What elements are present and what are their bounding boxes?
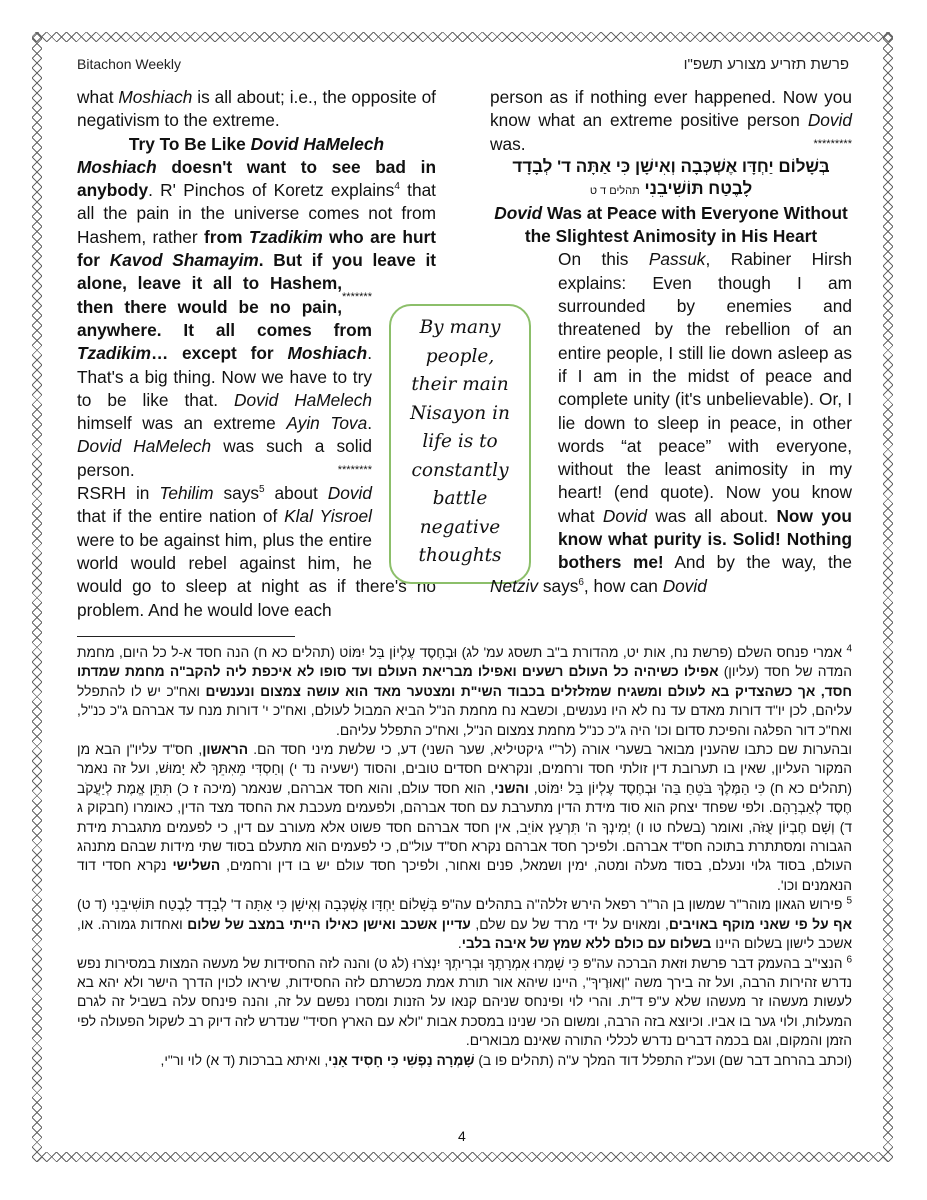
footnote-5: 5 פירוש הגאון מוהר"ר שמשון בן הר"ר רפאל … xyxy=(77,895,852,953)
header-publication-title: Bitachon Weekly xyxy=(77,56,181,72)
footnote-4-continued: ובהערות שם כתבו שהענין מבואר בשערי אורה … xyxy=(77,740,852,895)
verse-source: תהלים ד ט xyxy=(590,185,640,197)
section-divider-stars: ********* xyxy=(813,133,852,156)
footnotes-section: 4 אמרי פנחס השלם (פרשת נח, אות יט, מהדור… xyxy=(77,643,852,1070)
paragraph: On this Passuk, Rabiner Hirsh explains: … xyxy=(490,248,852,597)
footnote-separator xyxy=(77,636,295,637)
footnote-6: 6 הנצי"ב בהעמק דבר פרשת וזאת הברכה עה"פ … xyxy=(77,954,852,1051)
hebrew-verse: בְּשָׁלוֹם יַחְדָּו אֶשְׁכְּבָה וְאִישָׁ… xyxy=(490,156,852,202)
footnote-4: 4 אמרי פנחס השלם (פרשת נח, אות יט, מהדור… xyxy=(77,643,852,740)
wrap-spacer xyxy=(490,271,558,551)
section-divider-stars: ******** xyxy=(338,459,372,482)
paragraph: what Moshiach is all about; i.e., the op… xyxy=(77,86,436,133)
paragraph: person as if nothing ever happened. Now … xyxy=(490,86,852,156)
right-column: person as if nothing ever happened. Now … xyxy=(490,86,852,598)
header-parsha-title: פרשת תזריע מצורע תשפ"ו xyxy=(684,56,849,73)
footnote-6-continued: (וכתב בהרחב דבר שם) ועכ"ז התפלל דוד המלך… xyxy=(77,1051,852,1070)
section-heading: Try To Be Like Dovid HaMelech xyxy=(77,133,436,156)
left-column: what Moshiach is all about; i.e., the op… xyxy=(77,86,436,622)
page-number: 4 xyxy=(458,1128,466,1144)
section-heading: Dovid Was at Peace with Everyone Without… xyxy=(490,202,852,249)
section-divider-stars: ******* xyxy=(342,286,372,309)
